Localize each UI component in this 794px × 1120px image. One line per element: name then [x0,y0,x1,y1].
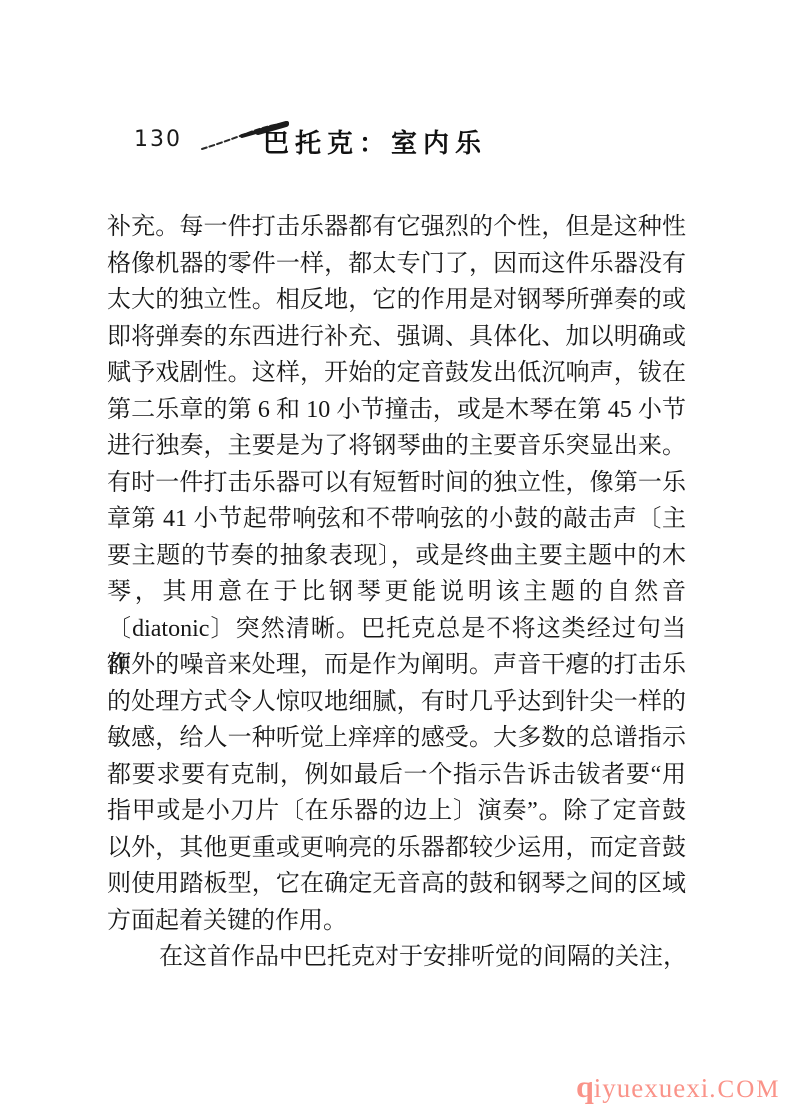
text-line: 额外的噪音来处理，而是作为阐明。声音干瘪的打击乐 [107,647,686,684]
text-line: 的处理方式令人惊叹地细腻，有时几乎达到针尖一样的 [107,684,686,721]
text-line: 进行独奏，主要是为了将钢琴曲的主要音乐突显出来。 [107,428,686,465]
text-line: 都要求要有克制，例如最后一个指示告诉击钹者要“用 [107,757,686,794]
watermark-bold-letter: q [576,1068,594,1104]
text-line: 琴，其用意在于比钢琴更能说明该主题的自然音 [107,574,686,611]
watermark-middle-text: iyuexuexi [594,1073,709,1103]
body-text: 补充。每一件打击乐器都有它强烈的个性，但是这种性格像机器的零件一样，都太专门了，… [107,209,686,976]
text-line: 即将弹奏的东西进行补充、强调、具体化、加以明确或 [107,319,686,356]
text-line: 章第 41 小节起带响弦和不带响弦的小鼓的敲击声〔主 [107,501,686,538]
text-line: 方面起着关键的作用。 [107,903,686,940]
text-line: 赋予戏剧性。这样，开始的定音鼓发出低沉响声，钹在 [107,355,686,392]
text-line: 敏感，给人一种听觉上痒痒的感受。大多数的总谱指示 [107,720,686,757]
text-line: 太大的独立性。相反地，它的作用是对钢琴所弹奏的或 [107,282,686,319]
text-line: 在这首作品中巴托克对于安排听觉的间隔的关注， [107,939,686,976]
running-head-title: 巴托克：室内乐 [263,123,487,160]
text-line: 以外，其他更重或更响亮的乐器都较少运用，而定音鼓 [107,830,686,867]
text-line: 要主题的节奏的抽象表现〕，或是终曲主要主题中的木 [107,538,686,575]
book-page: 130 巴托克：室内乐 补充。每一件打击乐器都有它强烈的个性，但是这种性格像机器… [0,0,794,1120]
page-number: 130 [134,127,182,152]
text-line: 〔diatonic〕突然清晰。巴托克总是不将这类经过句当作 [107,611,686,648]
page-header: 130 巴托克：室内乐 [0,121,794,157]
text-line: 则使用踏板型，它在确定无音高的鼓和钢琴之间的区域 [107,866,686,903]
text-line: 有时一件打击乐器可以有短暂时间的独立性，像第一乐 [107,465,686,502]
watermark: qiyuexuexi.COM [576,1068,781,1105]
text-line: 第二乐章的第 6 和 10 小节撞击，或是木琴在第 45 小节 [107,392,686,429]
text-line: 补充。每一件打击乐器都有它强烈的个性，但是这种性 [107,209,686,246]
text-line: 指甲或是小刀片〔在乐器的边上〕演奏”。除了定音鼓 [107,793,686,830]
text-line: 格像机器的零件一样，都太专门了，因而这件乐器没有 [107,246,686,283]
watermark-domain-suffix: .COM [709,1076,780,1103]
